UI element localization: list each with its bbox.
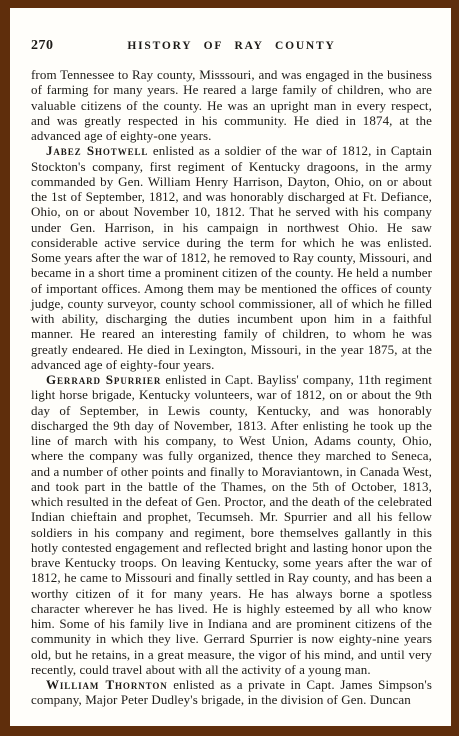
person-name: Jabez Shotwell (46, 143, 148, 158)
running-title: HISTORY OF RAY COUNTY (127, 40, 335, 52)
person-name: William Thornton (46, 677, 168, 692)
paragraph: William Thornton enlisted as a private i… (31, 677, 432, 708)
person-name: Gerrard Spurrier (46, 372, 161, 387)
paragraph: from Tennessee to Ray county, Misssouri,… (31, 67, 432, 143)
page-body: from Tennessee to Ray county, Misssouri,… (31, 67, 432, 708)
page-number: 270 (31, 38, 54, 54)
document-page: 270 HISTORY OF RAY COUNTY from Tennessee… (10, 8, 451, 726)
paragraph: Gerrard Spurrier enlisted in Capt. Bayli… (31, 372, 432, 677)
paragraph: Jabez Shotwell enlisted as a soldier of … (31, 143, 432, 372)
scanned-book-page: 270 HISTORY OF RAY COUNTY from Tennessee… (0, 0, 459, 736)
page-header: 270 HISTORY OF RAY COUNTY (31, 38, 432, 54)
